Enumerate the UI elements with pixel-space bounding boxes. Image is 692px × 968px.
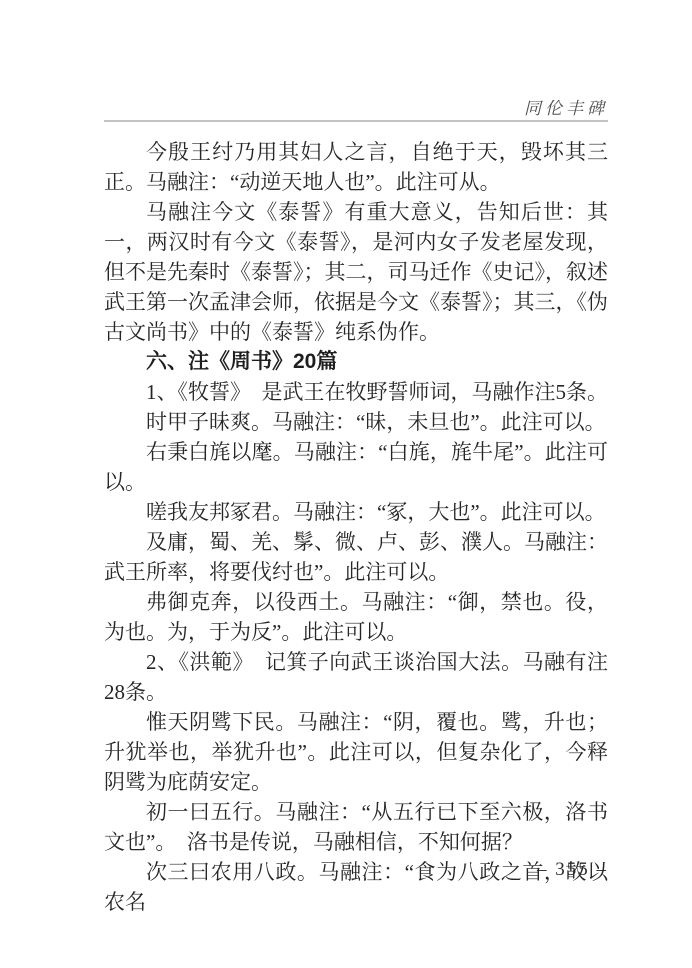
paragraph: 惟天阴骘下民。马融注：“阴，覆也。骘，升也；升犹举也，举犹升也”。此注可以，但复… [104,707,608,797]
paragraph: 初一曰五行。马融注：“从五行已下至六极，洛书文也”。 洛书是传说，马融相信，不知… [104,797,608,857]
paragraph: 右秉白旄以麾。马融注：“白旄，旄牛尾”。此注可以。 [104,437,608,497]
paragraph: 今殷王纣乃用其妇人之言，自绝于天，毁坏其三正。马融注：“动逆天地人也”。此注可从… [104,137,608,197]
book-page: 同伦丰碑 今殷王纣乃用其妇人之言，自绝于天，毁坏其三正。马融注：“动逆天地人也”… [0,0,692,968]
section-heading: 六、注《周书》20篇 [104,347,608,377]
paragraph: 弗御克奔，以役西土。马融注：“御，禁也。役，为也。为，于为反”。此注可以。 [104,587,608,647]
paragraph: 嗟我友邦冢君。马融注：“冢，大也”。此注可以。 [104,497,608,527]
header-rule [104,120,608,122]
paragraph: 时甲子昧爽。马融注：“昧，未旦也”。此注可以。 [104,407,608,437]
paragraph: 及庸，蜀、羌、髳、微、卢、彭、濮人。马融注：武王所率，将要伐纣也”。此注可以。 [104,527,608,587]
paragraph: 1、《牧誓》 是武王在牧野誓师词，马融作注5条。 [104,377,608,407]
paragraph: 马融注今文《泰誓》有重大意义，告知后世：其一，两汉时有今文《泰誓》，是河内女子发… [104,197,608,347]
page-body: 今殷王纣乃用其妇人之言，自绝于天，毁坏其三正。马融注：“动逆天地人也”。此注可从… [104,137,608,917]
running-head: 同伦丰碑 [104,94,608,119]
page-number: – 355 – [104,859,608,881]
paragraph: 2、《洪範》 记箕子向武王谈治国大法。马融有注28条。 [104,647,608,707]
